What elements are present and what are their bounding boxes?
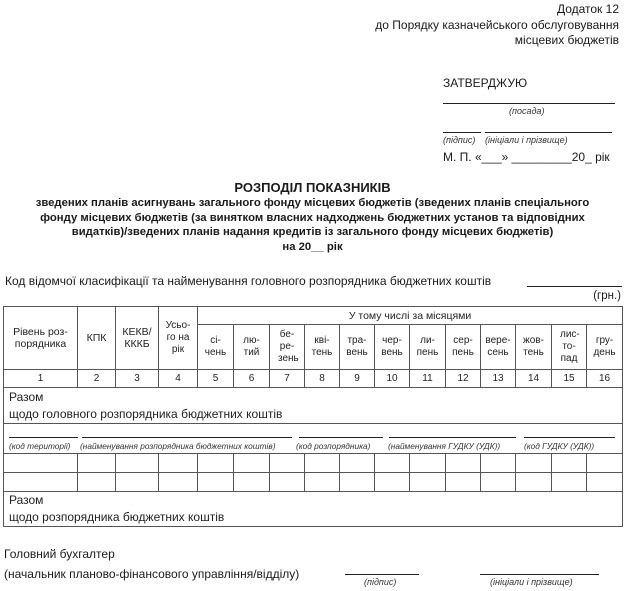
manager-code-row: (код території) (найменування розпорядни…	[4, 424, 623, 454]
header-month: жов-тень	[516, 325, 552, 370]
cell[interactable]	[516, 454, 552, 473]
column-number: 1	[4, 370, 78, 388]
header-row: Рівень роз-порядника КПК КЕКВ/ КККБ Усьо…	[4, 307, 623, 325]
footer-role: Головний бухгалтер (начальник планово-фі…	[4, 544, 299, 584]
column-number: 4	[159, 370, 198, 388]
header-month: тра-вень	[340, 325, 375, 370]
header-level: Рівень роз-порядника	[4, 307, 78, 370]
cell[interactable]	[552, 473, 587, 492]
territory-code-caption: (код території)	[9, 440, 70, 452]
cell[interactable]	[552, 454, 587, 473]
total-sub-row: Разом щодо розпорядника бюджетних коштів	[4, 492, 623, 527]
cell[interactable]	[410, 454, 446, 473]
header-month: лис-то-пад	[552, 325, 587, 370]
cell[interactable]	[410, 473, 446, 492]
cell[interactable]	[587, 473, 623, 492]
footer-role-title: Головний бухгалтер	[4, 544, 299, 564]
cell[interactable]	[446, 473, 481, 492]
total-sub-cell: Разом щодо розпорядника бюджетних коштів	[4, 492, 623, 527]
signature-line[interactable]	[443, 132, 481, 133]
cell[interactable]	[340, 454, 375, 473]
data-row	[4, 473, 623, 492]
header-month: сі-чень	[198, 325, 234, 370]
addendum-number: Додаток 12	[375, 2, 619, 18]
signature-caption: (підпис)	[443, 135, 475, 145]
header-month: гру-день	[587, 325, 623, 370]
cell[interactable]	[481, 473, 516, 492]
cell[interactable]	[159, 454, 198, 473]
cell[interactable]	[340, 473, 375, 492]
column-number: 14	[516, 370, 552, 388]
footer-signature-line[interactable]	[345, 574, 419, 575]
document-title: РОЗПОДІЛ ПОКАЗНИКІВ	[0, 180, 625, 195]
total-main-label: Разом	[9, 389, 622, 406]
column-number: 10	[375, 370, 410, 388]
header-month: ли-пень	[410, 325, 446, 370]
territory-code-field[interactable]	[9, 437, 78, 438]
footer-signature-caption: (підпис)	[364, 577, 396, 587]
footer-role-desc: (начальник планово-фінансового управлінн…	[4, 564, 299, 584]
cell[interactable]	[234, 473, 270, 492]
classification-field[interactable]	[527, 286, 622, 287]
column-number: 11	[410, 370, 446, 388]
total-sub-desc: щодо розпорядника бюджетних коштів	[9, 509, 622, 526]
subtitle-year: на 20__ рік	[2, 240, 623, 255]
stamp-date-line: М. П. «___» _________20_ рік	[443, 150, 610, 164]
cell[interactable]	[159, 473, 198, 492]
header-total: Усьо-го на рік	[159, 307, 198, 370]
cell[interactable]	[375, 454, 410, 473]
currency-label: (грн.)	[593, 290, 621, 302]
manager-code-cell: (код території) (найменування розпорядни…	[4, 424, 623, 454]
name-line[interactable]	[485, 132, 612, 133]
treasury-name-caption: (найменування ГУДКУ (УДК))	[388, 440, 500, 452]
treasury-name-field[interactable]	[389, 437, 516, 438]
cell[interactable]	[198, 473, 234, 492]
cell[interactable]	[375, 473, 410, 492]
cell[interactable]	[116, 473, 159, 492]
cell[interactable]	[78, 473, 116, 492]
total-main-row: Разом щодо головного розпорядника бюджет…	[4, 388, 623, 424]
column-number: 2	[78, 370, 116, 388]
addendum-block: Додаток 12 до Порядку казначейського обс…	[375, 2, 619, 49]
document-subtitle: зведених планів асигнувань загального фо…	[2, 196, 623, 254]
position-caption: (посада)	[509, 106, 544, 116]
column-number: 12	[446, 370, 481, 388]
column-number: 5	[198, 370, 234, 388]
column-number: 3	[116, 370, 159, 388]
distribution-table: Рівень роз-порядника КПК КЕКВ/ КККБ Усьо…	[3, 306, 623, 527]
cell[interactable]	[4, 473, 78, 492]
approval-title: ЗАТВЕРДЖУЮ	[443, 76, 527, 90]
manager-code-field[interactable]	[299, 437, 383, 438]
manager-name-field[interactable]	[82, 437, 292, 438]
header-kpk: КПК	[78, 307, 116, 370]
treasury-code-field[interactable]	[524, 437, 615, 438]
cell[interactable]	[587, 454, 623, 473]
cell[interactable]	[4, 454, 78, 473]
total-main-cell: Разом щодо головного розпорядника бюджет…	[4, 388, 623, 424]
footer-name-caption: (ініціали і прізвище)	[490, 577, 573, 587]
cell[interactable]	[270, 454, 305, 473]
cell[interactable]	[234, 454, 270, 473]
header-months-group: У тому числі за місяцями	[198, 307, 623, 325]
header-month: сер-пень	[446, 325, 481, 370]
data-row	[4, 454, 623, 473]
column-number: 9	[340, 370, 375, 388]
footer-name-line[interactable]	[480, 574, 599, 575]
manager-code-caption: (код розпорядника)	[296, 440, 370, 452]
header-month: чер-вень	[375, 325, 410, 370]
total-sub-label: Разом	[9, 492, 622, 509]
header-month: вере-сень	[481, 325, 516, 370]
subtitle-line: фонду місцевих бюджетів (за винятком вла…	[2, 211, 623, 226]
cell[interactable]	[305, 454, 340, 473]
cell[interactable]	[270, 473, 305, 492]
cell[interactable]	[446, 454, 481, 473]
cell[interactable]	[116, 454, 159, 473]
header-kekv: КЕКВ/ КККБ	[116, 307, 159, 370]
position-line[interactable]	[443, 103, 615, 104]
manager-name-caption: (найменування розпорядника бюджетних кош…	[80, 440, 275, 452]
header-month: лю-тий	[234, 325, 270, 370]
column-number: 15	[552, 370, 587, 388]
cell[interactable]	[305, 473, 340, 492]
column-numbers-row: 1 2 3 4 5 6 7 8 9 10 11 12 13 14 15 16	[4, 370, 623, 388]
cell[interactable]	[516, 473, 552, 492]
column-number: 13	[481, 370, 516, 388]
name-caption: (ініціали і прізвище)	[485, 135, 568, 145]
classification-label: Код відомчої класифікації та найменуванн…	[5, 274, 491, 288]
header-month: бе-ре-зень	[270, 325, 305, 370]
cell[interactable]	[78, 454, 116, 473]
column-number: 6	[234, 370, 270, 388]
cell[interactable]	[481, 454, 516, 473]
subtitle-line: зведених планів асигнувань загального фо…	[2, 196, 623, 211]
subtitle-line: видатків)/зведених планів надання кредит…	[2, 225, 623, 240]
addendum-reference: до Порядку казначейського обслуговування	[375, 18, 619, 34]
total-main-desc: щодо головного розпорядника бюджетних ко…	[9, 406, 622, 423]
treasury-code-caption: (код ГУДКУ (УДК))	[524, 440, 594, 452]
header-month: кві-тень	[305, 325, 340, 370]
column-number: 7	[270, 370, 305, 388]
column-number: 16	[587, 370, 623, 388]
column-number: 8	[305, 370, 340, 388]
cell[interactable]	[198, 454, 234, 473]
addendum-reference-cont: місцевих бюджетів	[375, 33, 619, 49]
